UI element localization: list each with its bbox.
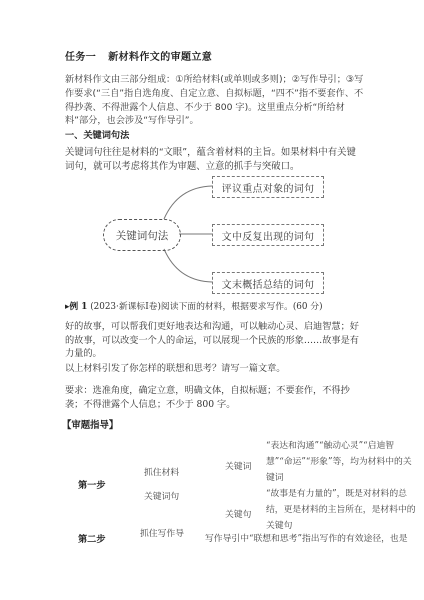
section-heading: 一、关键词句法 (65, 127, 129, 141)
mind-map-branch-1: 评议重点对象的词句 (212, 176, 324, 198)
step-1-row-2-desc: “故事是有力量的”，既是对材料的总结，更是材料的主旨所在，是材料中的关键句 (266, 486, 416, 534)
mind-map: 关键词句法 评议重点对象的词句 文中反复出现的词句 文末概括总结的词句 (60, 175, 380, 295)
example-requirements: 要求：选准角度，确定立意，明确文体，自拟标题；不要套作，不得抄袭；不得泄露个人信… (65, 384, 365, 411)
example-question: 以上材料引发了你怎样的联想和思考？请写一篇文章。 (65, 362, 286, 376)
step-2-action: 抓住写作导 (140, 526, 184, 539)
step-1-label: 第一步 (78, 477, 106, 491)
example-header: ▸例 1 (2023·新课标Ⅰ卷)阅读下面的材料，根据要求写作。(60 分) (65, 299, 323, 312)
step-1-row-2-type: 关键句 (225, 507, 251, 520)
task-label: 任务一 (65, 52, 96, 63)
step-2-desc: 写作导引中“联想和思考”指出写作的有效途径，也是 (205, 531, 408, 544)
example-material: 好的故事，可以帮我们更好地表达和沟通，可以触动心灵、启迪智慧；好的故事，可以改变… (65, 320, 365, 361)
step-2-label: 第二步 (78, 531, 106, 545)
document-page: 任务一新材料作文的审题立意 新材料作文由三部分组成：①所给材料(或单则或多则)；… (0, 0, 424, 600)
mind-map-branch-2: 文中反复出现的词句 (212, 224, 324, 246)
step-1-row-1-desc: “表达和沟通”“触动心灵”“启迪智慧”“命运”“形象”等，均为材料中的关键词 (266, 438, 416, 486)
intro-paragraph: 新材料作文由三部分组成：①所给材料(或单则或多则)；②写作导引；③写作要求(“三… (65, 73, 365, 128)
step-1-action-line1: 抓住材料 (144, 465, 179, 478)
mind-map-branch-3: 文末概括总结的词句 (212, 272, 324, 294)
example-tag: ▸例 1 (65, 302, 87, 312)
task-title: 新材料作文的审题立意 (108, 52, 212, 63)
example-source: (2023·新课标Ⅰ卷)阅读下面的材料，根据要求写作。(60 分) (90, 302, 322, 312)
section-body: 关键词句往往是材料的“文眼”，蕴含着材料的主旨。如果材料中有关键词句，就可以考虑… (65, 146, 365, 174)
mind-map-center-node: 关键词句法 (103, 219, 181, 251)
task-heading: 任务一新材料作文的审题立意 (65, 48, 212, 63)
step-1-row-1-type: 关键词 (225, 459, 251, 472)
guide-heading: 【审题指导】 (62, 417, 118, 431)
step-1-action-line2: 关键词句 (144, 489, 179, 502)
